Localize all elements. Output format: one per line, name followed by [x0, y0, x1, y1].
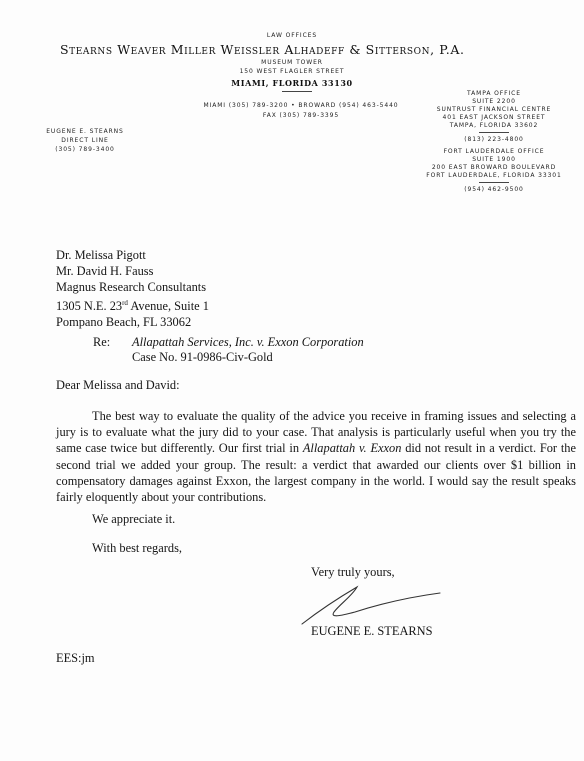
- law-offices-label: LAW OFFICES: [0, 32, 584, 39]
- firm-building: MUSEUM TOWER: [0, 59, 584, 66]
- re-details: Allapattah Services, Inc. v. Exxon Corpo…: [132, 335, 364, 365]
- fort-lauderdale-office-block: FORT LAUDERDALE OFFICE SUITE 1900 200 EA…: [414, 148, 574, 194]
- tampa-building: SUNTRUST FINANCIAL CENTRE: [414, 106, 574, 114]
- body-paragraph: The best way to evaluate the quality of …: [56, 408, 576, 505]
- recipient-address: Dr. Melissa Pigott Mr. David H. Fauss Ma…: [56, 247, 209, 330]
- firm-city: MIAMI, FLORIDA 33130: [0, 78, 584, 88]
- recipient-line-5: Pompano Beach, FL 33062: [56, 314, 209, 330]
- firm-name: Stearns Weaver Miller Weissler Alhadeff …: [60, 42, 530, 57]
- firm-fax-line: FAX (305) 789-3395: [196, 111, 406, 121]
- re-label: Re:: [93, 335, 110, 350]
- tampa-title: TAMPA OFFICE: [414, 90, 574, 98]
- firm-phones: MIAMI (305) 789-3200 • BROWARD (954) 463…: [196, 101, 406, 121]
- case-number: Case No. 91-0986-Civ-Gold: [132, 350, 364, 365]
- tampa-city: TAMPA, FLORIDA 33602: [414, 122, 574, 130]
- ftl-city: FORT LAUDERDALE, FLORIDA 33301: [414, 172, 574, 180]
- direct-name: EUGENE E. STEARNS: [40, 127, 130, 136]
- direct-label: DIRECT LINE: [40, 136, 130, 145]
- letterhead-divider: [282, 91, 312, 92]
- ftl-divider: [479, 182, 509, 183]
- case-short-name: Allapattah v. Exxon: [303, 441, 402, 455]
- tampa-office-block: TAMPA OFFICE SUITE 2200 SUNTRUST FINANCI…: [414, 90, 574, 144]
- letter-page: LAW OFFICES Stearns Weaver Miller Weissl…: [0, 0, 584, 761]
- recipient-line-4: 1305 N.E. 23rd Avenue, Suite 1: [56, 295, 209, 314]
- recipient-line-2: Mr. David H. Fauss: [56, 263, 209, 279]
- regards-line: With best regards,: [92, 541, 182, 556]
- tampa-phone: (813) 223-4800: [414, 136, 574, 144]
- firm-street: 150 WEST FLAGLER STREET: [0, 68, 584, 75]
- recipient-line-1: Dr. Melissa Pigott: [56, 247, 209, 263]
- tampa-street: 401 EAST JACKSON STREET: [414, 114, 574, 122]
- salutation: Dear Melissa and David:: [56, 378, 180, 393]
- ftl-street: 200 EAST BROWARD BOULEVARD: [414, 164, 574, 172]
- appreciation-line: We appreciate it.: [92, 512, 175, 527]
- tampa-divider: [479, 132, 509, 133]
- tampa-suite: SUITE 2200: [414, 98, 574, 106]
- typist-initials: EES:jm: [56, 651, 95, 666]
- direct-line-block: EUGENE E. STEARNS DIRECT LINE (305) 789-…: [40, 127, 130, 154]
- ftl-suite: SUITE 1900: [414, 156, 574, 164]
- firm-phone-line: MIAMI (305) 789-3200 • BROWARD (954) 463…: [196, 101, 406, 111]
- direct-phone: (305) 789-3400: [40, 145, 130, 154]
- signer-name: EUGENE E. STEARNS: [311, 624, 433, 639]
- ftl-title: FORT LAUDERDALE OFFICE: [414, 148, 574, 156]
- street-rest: Avenue, Suite 1: [128, 299, 209, 313]
- case-title: Allapattah Services, Inc. v. Exxon Corpo…: [132, 335, 364, 350]
- closing-line: Very truly yours,: [311, 565, 395, 580]
- ftl-phone: (954) 462-9500: [414, 186, 574, 194]
- street-number: 1305 N.E. 23: [56, 299, 122, 313]
- recipient-line-3: Magnus Research Consultants: [56, 279, 209, 295]
- signature-icon: [300, 582, 450, 627]
